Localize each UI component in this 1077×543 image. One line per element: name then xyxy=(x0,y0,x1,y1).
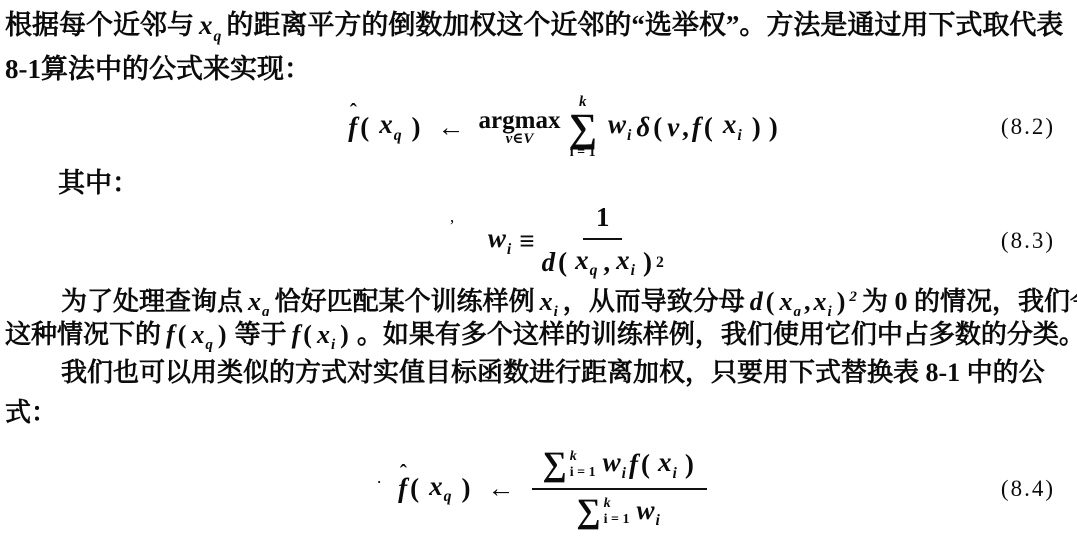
math-x-sub-i: xi xyxy=(658,447,677,483)
math-w-sub-i: wi xyxy=(603,447,626,483)
scan-artifact-dot: · xyxy=(376,472,382,493)
math-x-sub-q: xq xyxy=(575,245,597,281)
left-paren: ( xyxy=(641,449,650,480)
paragraph-real-valued-weighting: 我们也可以用类似的方式对实值目标函数进行距离加权，只要用下式替换表 8-1 中的… xyxy=(0,353,1077,433)
math-x-sub-q: xq xyxy=(248,287,270,316)
math-f-x-i: f(xi) xyxy=(292,320,352,349)
math-v: v xyxy=(667,112,679,143)
math-x-sub-i: xi xyxy=(616,245,635,281)
math-delta: δ xyxy=(636,112,650,143)
equation-8.4-row: · ˆf(xq) ← ∑ki = 1 wif(xi) ∑ki = 1 wi (8… xyxy=(0,433,1077,543)
math-w-sub-i: wi xyxy=(608,109,631,145)
math-f-hat-x-q: ˆf(xq) xyxy=(166,320,230,349)
text-run: ，从而导致分母 xyxy=(563,287,745,316)
text-run: 我们也可以用类似的方式对实值目标函数进行距离加权，只要用下式替换表 8-1 中的… xyxy=(61,358,1045,387)
paragraph-distance-weighting-intro: 根据每个近邻与xq的距离平方的倒数加权这个近邻的“选举权”。方法是通过用下式取代… xyxy=(0,0,1077,91)
left-paren: ( xyxy=(410,473,419,504)
text-run: 为了处理查询点 xyxy=(61,287,243,316)
math-x-sub-q: xq xyxy=(429,471,451,507)
fraction-denominator: ∑ki = 1 wi xyxy=(576,490,663,531)
assign-arrow: ← xyxy=(438,112,465,143)
summation-i-1-to-k: k ∑ i = 1 xyxy=(568,95,597,160)
where-label: 其中： xyxy=(0,163,1077,203)
math-d-x-q-x-i-squared: d(xq,xi)2 xyxy=(750,287,857,316)
math-x-sub-i: xi xyxy=(723,109,742,145)
scan-artifact-tick: ’ xyxy=(449,216,455,236)
fraction-denominator: d(xq,xi)2 xyxy=(542,240,664,281)
fraction: ∑ki = 1 wif(xi) ∑ki = 1 wi xyxy=(532,447,706,530)
text-run: 为 0 的情况，我们令 xyxy=(862,287,1077,316)
math-f: f xyxy=(692,112,701,143)
left-paren: ( xyxy=(558,247,567,278)
fraction: 1 d(xq,xi)2 xyxy=(542,202,664,281)
text-run: 式： xyxy=(5,398,57,427)
right-paren: ) xyxy=(752,112,761,143)
text-line: 为了处理查询点xq恰好匹配某个训练样例xi，从而导致分母d(xq,xi)2为 0… xyxy=(5,279,1077,316)
equation-number-8.3: (8.3) xyxy=(1001,228,1055,254)
argmax-operator: argmax v∈V xyxy=(479,108,561,147)
math-w-sub-i: wi xyxy=(488,223,511,259)
text-line: 这种情况下的ˆf(xq)等于f(xi)。如果有多个这样的训练样例，我们使用它们中… xyxy=(5,316,1077,353)
paragraph-zero-distance-case: 为了处理查询点xq恰好匹配某个训练样例xi，从而导致分母d(xq,xi)2为 0… xyxy=(0,279,1077,353)
text-line: 式： xyxy=(5,393,1077,433)
textbook-scan-page: 根据每个近邻与xq的距离平方的倒数加权这个近邻的“选举权”。方法是通过用下式取代… xyxy=(0,0,1077,543)
right-paren: ) xyxy=(643,247,652,278)
math-x-sub-q: xq xyxy=(379,109,401,145)
math-d: d xyxy=(542,247,556,278)
math-x-sub-q: xq xyxy=(199,10,221,40)
equation-8.2-row: ˆf(xq) ← argmax v∈V k ∑ i = 1 wiδ(v,f(xi… xyxy=(0,91,1077,163)
comma: , xyxy=(603,247,610,278)
summation-i-1-to-k: ∑ki = 1 xyxy=(542,448,595,482)
assign-arrow: ← xyxy=(487,473,514,504)
right-paren: ) xyxy=(412,112,421,143)
argmax-limit: v∈V xyxy=(506,132,534,147)
text-run: 根据每个近邻与 xyxy=(5,10,194,40)
left-paren: ( xyxy=(653,112,662,143)
math-x-sub-i: xi xyxy=(540,287,558,316)
text-run: 8-1算法中的公式来实现： xyxy=(5,54,311,84)
sigma-icon: ∑ xyxy=(542,448,566,482)
summation-i-1-to-k: ∑ki = 1 xyxy=(576,495,629,529)
equation-8.3-row: ’ wi ≡ 1 d(xq,xi)2 (8.3) xyxy=(0,203,1077,279)
equation-number-8.2: (8.2) xyxy=(1001,114,1055,140)
equation-number-8.4: (8.4) xyxy=(1001,476,1055,502)
fraction-numerator: 1 xyxy=(583,202,623,240)
sigma-icon: ∑ xyxy=(568,110,597,146)
left-paren: ( xyxy=(704,112,713,143)
right-paren: ) xyxy=(685,449,694,480)
fraction-numerator: ∑ki = 1 wif(xi) xyxy=(532,447,706,490)
left-paren: ( xyxy=(360,112,369,143)
math-f-hat: ˆf xyxy=(348,112,357,143)
text-run: 恰好匹配某个训练样例 xyxy=(275,287,535,316)
text-line: 8-1算法中的公式来实现： xyxy=(5,47,1077,91)
text-line: 我们也可以用类似的方式对实值目标函数进行距离加权，只要用下式替换表 8-1 中的… xyxy=(5,353,1077,393)
text-run: 这种情况下的 xyxy=(5,320,161,349)
math-f: f xyxy=(629,449,638,480)
text-run: 的距离平方的倒数加权这个近邻的“选举权”。方法是通过用下式取代表 xyxy=(226,10,1063,40)
right-paren: ) xyxy=(461,473,470,504)
math-f-hat: ˆf xyxy=(398,473,407,504)
comma: , xyxy=(682,112,689,143)
text-line: 根据每个近邻与xq的距离平方的倒数加权这个近邻的“选举权”。方法是通过用下式取代… xyxy=(5,3,1077,47)
equiv-sign: ≡ xyxy=(519,226,534,257)
math-w-sub-i: wi xyxy=(637,495,660,531)
text-run: 。如果有多个这样的训练样例，我们使用它们中占多数的分类。 xyxy=(357,320,1077,349)
superscript-2: 2 xyxy=(656,254,664,272)
text-run: 等于 xyxy=(235,320,287,349)
right-paren: ) xyxy=(769,112,778,143)
sigma-icon: ∑ xyxy=(576,495,600,529)
